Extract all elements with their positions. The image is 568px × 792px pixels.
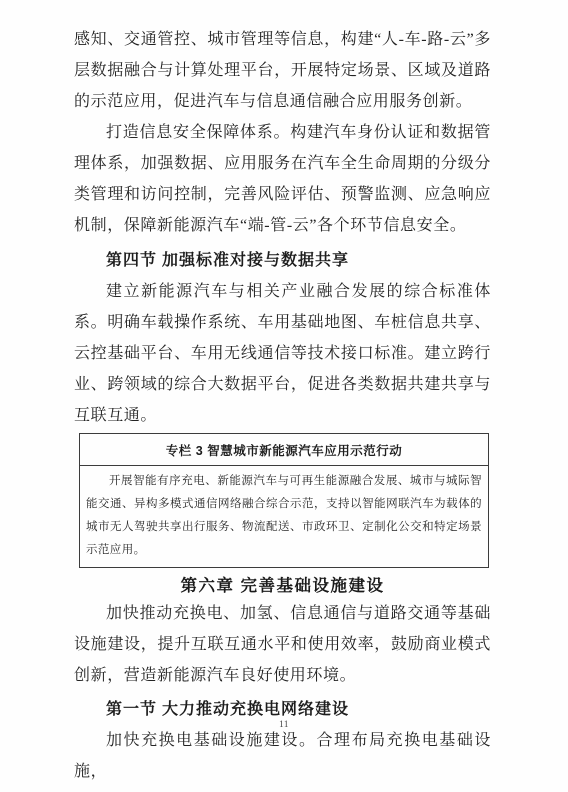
column-3-box-text: 开展智能有序充电、新能源汽车与可再生能源融合发展、城市与城际智能交通、异构多模式…	[86, 470, 482, 562]
page-number: 11	[0, 719, 568, 729]
paragraph-charging-infrastructure: 加快充换电基础设施建设。合理布局充换电基础设施，	[74, 725, 491, 787]
column-3-box-header: 专栏 3 智慧城市新能源汽车应用示范行动	[80, 434, 488, 466]
column-3-box-body: 开展智能有序充电、新能源汽车与可再生能源融合发展、城市与城际智能交通、异构多模式…	[80, 466, 488, 567]
column-3-box: 专栏 3 智慧城市新能源汽车应用示范行动 开展智能有序充电、新能源汽车与可再生能…	[79, 433, 489, 568]
paragraph-standard-system: 建立新能源汽车与相关产业融合发展的综合标准体系。明确车载操作系统、车用基础地图、…	[74, 276, 491, 431]
paragraph-infrastructure-overview: 加快推动充换电、加氢、信息通信与道路交通等基础设施建设，提升互联互通水平和使用效…	[74, 598, 491, 691]
document-page: 感知、交通管控、城市管理等信息，构建“人-车-路-云”多层数据融合与计算处理平台…	[0, 0, 568, 792]
paragraph-information-security: 打造信息安全保障体系。构建汽车身份认证和数据管理体系，加强数据、应用服务在汽车全…	[74, 117, 491, 241]
chapter-heading-6-infrastructure: 第六章 完善基础设施建设	[74, 576, 491, 597]
column-3-box-title: 专栏 3 智慧城市新能源汽车应用示范行动	[166, 441, 402, 459]
page-body: 感知、交通管控、城市管理等信息，构建“人-车-路-云”多层数据融合与计算处理平台…	[74, 24, 491, 787]
paragraph-sensing-platform: 感知、交通管控、城市管理等信息，构建“人-车-路-云”多层数据融合与计算处理平台…	[74, 24, 491, 117]
section-heading-4-standards: 第四节 加强标准对接与数据共享	[74, 245, 491, 276]
